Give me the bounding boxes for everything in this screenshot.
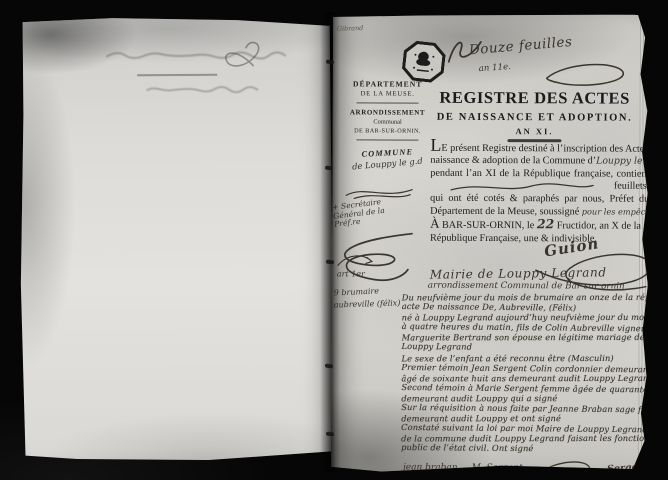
corner-annotation: Gibrand <box>337 24 364 33</box>
preamble-line-2-print: naissance & adoption de la Commune d’ <box>430 155 596 167</box>
preamble-line-2: naissance & adoption de la Commune d’Lou… <box>430 155 649 168</box>
act-margin-swash <box>334 251 376 267</box>
day-handwritten: 22 <box>537 217 554 232</box>
an-annotation: an 11e. <box>478 62 511 74</box>
preamble-line-1: LE présent Registre destiné à l’inscript… <box>430 140 649 156</box>
department-name: DE LA MEUSE. <box>343 90 433 97</box>
witness-signature-3: Sergent <box>607 461 650 475</box>
act-margin-name: aubreville (félix) <box>334 298 401 309</box>
preamble-line-6-print: Département de la Meuse, soussigné <box>430 206 579 218</box>
revenue-stamp-icon <box>401 40 447 84</box>
right-page: Gibrand Douze feuilles an 11e. DÉPARTEME… <box>331 13 649 472</box>
register-year: AN XI. <box>428 126 640 137</box>
act-article-number: art 1er <box>337 269 365 278</box>
act-margin-date: 9 brumaire <box>334 286 380 297</box>
masthead-column: DÉPARTEMENT DE LA MEUSE. ARRONDISSEMENT … <box>342 79 432 168</box>
preamble-line-7: À BAR-SUR-ORNIN, le 22 Fructidor, an X d… <box>430 218 649 233</box>
arrondissement-type: Communal <box>343 118 433 125</box>
preamble: LE présent Registre destiné à l’inscript… <box>430 140 649 246</box>
book-scan: Gibrand Douze feuilles an 11e. DÉPARTEME… <box>0 0 668 480</box>
place-date-print: À BAR-SUR-ORNIN, le <box>430 220 534 231</box>
mayor-signature-flourish <box>537 458 593 478</box>
witness-signature-1: jean braban <box>403 462 458 472</box>
department-label: DÉPARTEMENT <box>343 79 433 88</box>
title-block: REGISTRE DES ACTES DE NAISSANCE ET ADOPT… <box>428 88 640 143</box>
masthead-rule-2 <box>356 139 418 140</box>
bleedthrough-rule <box>137 74 217 76</box>
left-page <box>19 15 333 463</box>
preamble-line-4: feuillets, <box>430 180 649 193</box>
bleedthrough-flourish <box>219 36 267 74</box>
bleedthrough-ink-line-2 <box>143 82 259 97</box>
oval-flourish <box>543 58 629 90</box>
act-subheader: arrondissement Communal de Bar sur ornin <box>428 280 650 293</box>
soussigne-handwritten: pour les empêchemens du Préfet <box>582 206 668 217</box>
register-title: REGISTRE DES ACTES <box>429 88 641 109</box>
arrondissement-name: DE BAR-SUR-ORNIN. <box>342 127 432 134</box>
witness-signature-2: M. Sergent <box>471 462 522 472</box>
act-line: public de l’état civil. Ont signé <box>401 442 649 454</box>
blank-line-flourish <box>430 180 614 193</box>
preamble-line-3: pendant l’an XI de la République françai… <box>430 168 649 181</box>
preamble-line-5: qui ont été cotés & paraphés par nous, P… <box>430 192 649 205</box>
stamp-eagle-icon <box>407 45 440 78</box>
act-signatures-row: jean braban M. Sergent Sergent <box>403 457 649 478</box>
commune-fill-handwritten: Louppy le grand <box>596 156 668 167</box>
masthead-rule <box>357 102 419 103</box>
act-header: Mairie de Louppy Legrand <box>430 265 650 282</box>
feuillets-word: feuillets, <box>614 181 649 194</box>
month-year-print: Fructidor, an X de la <box>557 221 641 232</box>
birth-act: Mairie de Louppy Legrand arrondissement … <box>401 266 650 479</box>
register-subtitle: DE NAISSANCE ET ADOPTION. <box>429 112 641 124</box>
arrondissement-label: ARRONDISSEMENT <box>343 108 433 116</box>
